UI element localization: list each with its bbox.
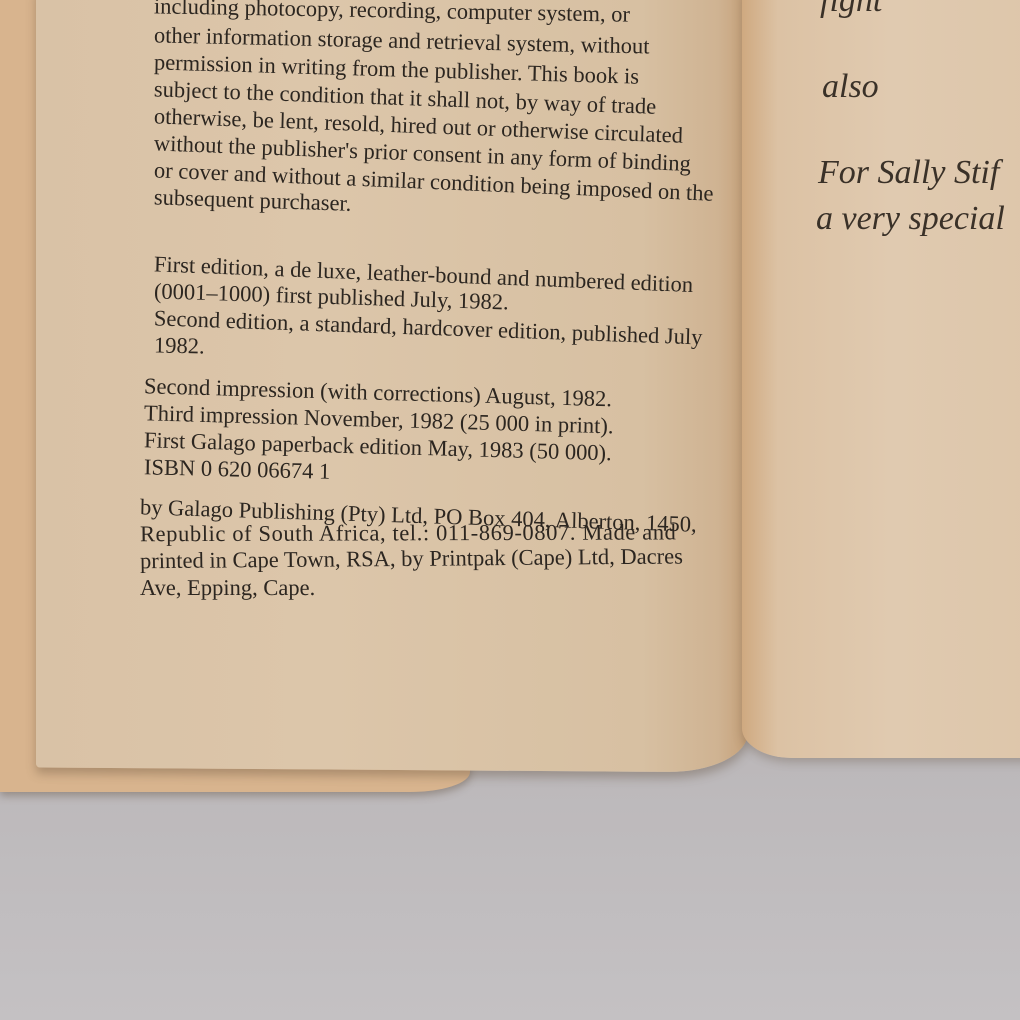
impressions-paragraph: Second impression (with corrections) Aug…: [144, 372, 614, 483]
editions-paragraph: First edition, a de luxe, leather-bound …: [154, 250, 703, 362]
rights-paragraph: including photocopy, recording, computer…: [154, 0, 714, 214]
dedication-page: [742, 0, 1020, 758]
publisher-paragraph: by Galago Publishing (Pty) Ltd, PO Box 4…: [140, 493, 697, 605]
dedication-also: also: [822, 68, 879, 106]
dedication-line-2: a very special: [816, 200, 1005, 238]
dedication-line-1: For Sally Stif: [818, 154, 999, 192]
publisher-line: printed in Cape Town, RSA, by Printpak (…: [140, 542, 697, 574]
publisher-line: Ave, Epping, Cape.: [140, 574, 697, 601]
copyright-page: including photocopy, recording, computer…: [36, 0, 748, 772]
dedication-fragment: fight: [820, 0, 882, 20]
